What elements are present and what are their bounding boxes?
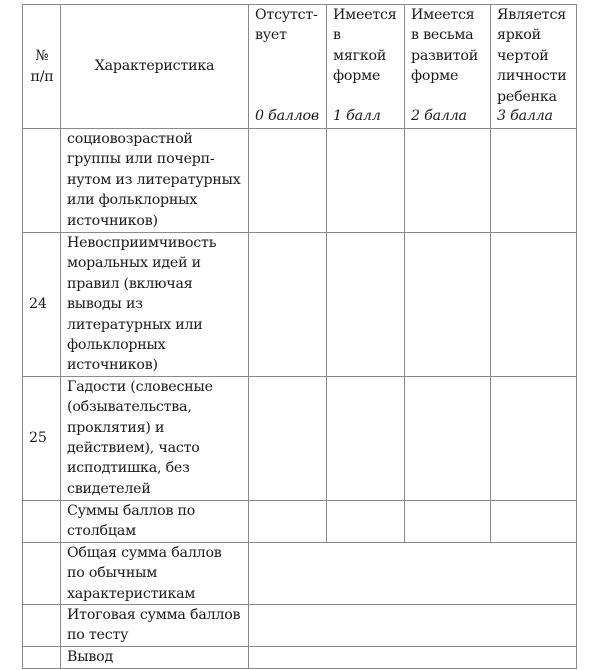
header-score-2: Имеется в весьма развитой форме 2 балла — [405, 5, 491, 129]
row-characteristic: Невосприимчивость моральных идей и прави… — [61, 233, 249, 377]
column-sum-cell[interactable] — [491, 500, 577, 542]
header-score-3: Является яркой чертой личности ребенка 3… — [491, 5, 577, 129]
score-cell[interactable] — [249, 233, 327, 377]
score-cell[interactable] — [327, 376, 405, 500]
score-cell[interactable] — [491, 129, 577, 233]
score-0-label: Отсутст-вует — [255, 5, 319, 46]
score-cell[interactable] — [249, 129, 327, 233]
empty-number-cell — [23, 542, 61, 604]
table-row: 24 Невосприимчивость моральных идей и пр… — [23, 233, 577, 377]
score-1-points: 1 балл — [333, 106, 381, 126]
header-number-label: № п/п — [29, 46, 55, 87]
total-ordinary-value[interactable] — [249, 542, 577, 604]
empty-number-cell — [23, 646, 61, 668]
header-characteristic: Характеристика — [61, 5, 249, 129]
score-0-points: 0 баллов — [255, 106, 319, 126]
table-row: 25 Гадости (словесные (обзывательства, п… — [23, 376, 577, 500]
table-header-row: № п/п Характеристика Отсутст-вует 0 балл… — [23, 5, 577, 129]
column-sums-label: Суммы баллов по столбцам — [61, 500, 249, 542]
scoring-table: № п/п Характеристика Отсутст-вует 0 балл… — [22, 4, 577, 669]
row-number: 24 — [23, 233, 61, 377]
row-number — [23, 129, 61, 233]
header-number: № п/п — [23, 5, 61, 129]
column-sums-row: Суммы баллов по столбцам — [23, 500, 577, 542]
score-3-points: 3 балла — [497, 106, 553, 126]
score-cell[interactable] — [491, 376, 577, 500]
score-2-points: 2 балла — [411, 106, 467, 126]
total-ordinary-row: Общая сумма баллов по обычным характерис… — [23, 542, 577, 604]
header-score-0: Отсутст-вует 0 баллов — [249, 5, 327, 129]
final-total-row: Итоговая сумма баллов по тесту — [23, 605, 577, 647]
final-total-label: Итоговая сумма баллов по тесту — [61, 605, 249, 647]
score-cell[interactable] — [405, 233, 491, 377]
conclusion-value[interactable] — [249, 646, 577, 668]
empty-number-cell — [23, 500, 61, 542]
score-cell[interactable] — [491, 233, 577, 377]
conclusion-label: Вывод — [61, 646, 249, 668]
table-row: социовозрастной группы или почерп-нутом … — [23, 129, 577, 233]
score-3-label: Является яркой чертой личности ребенка — [497, 5, 570, 107]
final-total-value[interactable] — [249, 605, 577, 647]
conclusion-row: Вывод — [23, 646, 577, 668]
column-sum-cell[interactable] — [249, 500, 327, 542]
total-ordinary-label: Общая сумма баллов по обычным характерис… — [61, 542, 249, 604]
score-cell[interactable] — [405, 376, 491, 500]
row-characteristic: Гадости (словесные (обзывательства, прок… — [61, 376, 249, 500]
row-number: 25 — [23, 376, 61, 500]
score-cell[interactable] — [405, 129, 491, 233]
score-2-label: Имеется в весьма развитой форме — [411, 5, 484, 87]
score-cell[interactable] — [327, 129, 405, 233]
header-score-1: Имеется в мягкой форме 1 балл — [327, 5, 405, 129]
column-sum-cell[interactable] — [405, 500, 491, 542]
row-characteristic: социовозрастной группы или почерп-нутом … — [61, 129, 249, 233]
score-cell[interactable] — [327, 233, 405, 377]
empty-number-cell — [23, 605, 61, 647]
score-1-label: Имеется в мягкой форме — [333, 5, 398, 87]
column-sum-cell[interactable] — [327, 500, 405, 542]
score-cell[interactable] — [249, 376, 327, 500]
